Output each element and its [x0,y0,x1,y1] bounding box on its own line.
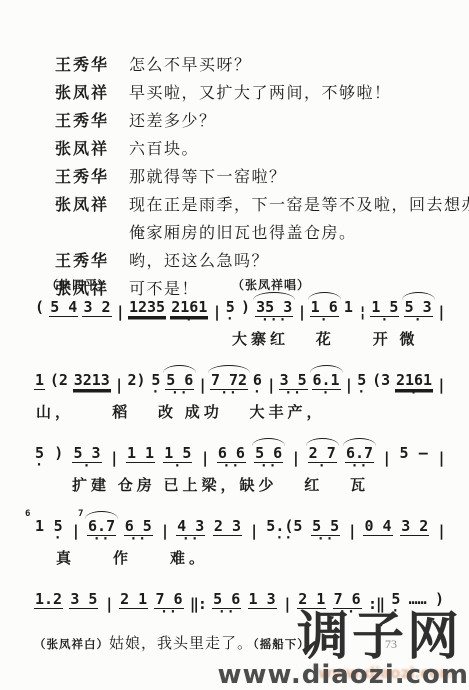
dialogue-row: 王秀华哟，还这么急吗？ [55,252,451,271]
dialogue-text: 俺家厢房的旧瓦也得盖仓房。 [129,224,357,243]
octave-dots: ·· [182,538,200,544]
note-digits: 3 2 [400,519,429,536]
music-note: ) [53,446,64,462]
octave-dots: · [83,465,92,471]
music-note: 3213 [73,373,111,390]
barline: | [437,303,445,321]
slur-arc [310,365,343,373]
score-section: （快四平） （张凤祥唱） (5 43 2|12352161·|5·)35 3··… [34,276,445,653]
note-digits: ) [240,300,251,316]
notation-lines: (5 43 2|12352161·|5·)35 3···|1 6·1¦1 5·5… [34,291,445,617]
speaker-name: 王秀华 [55,252,117,271]
music-note: — [418,446,429,462]
barline: | [283,595,291,613]
octave-dots: ·· [171,392,189,398]
music-note: 1.2 [34,592,63,609]
music-note: 0 4 [363,519,392,536]
note-digits: 2) [127,373,147,389]
barline: | [267,376,275,394]
music-note: 61 [34,519,45,535]
barline: | [348,522,356,540]
barline: | [160,522,168,540]
music-note: 1 [343,300,354,316]
dialogue-row: 王秀华那就得等下一窑啦？ [55,168,451,187]
note-digits: …… [408,592,428,608]
octave-dots: ·· [260,465,278,471]
score-line: 1(23213|2)5·5 6··|7 72··6·|3 5··6.1·|5·(… [34,364,445,422]
music-note: 3 5·· [279,373,308,398]
music-note: 2 3 [213,519,242,536]
octave-dots: · [320,319,329,325]
barline: | [115,376,123,394]
octave-dots: · [185,319,194,325]
octave-dots: ··· [261,319,287,325]
music-note: 5· [53,519,64,543]
music-note: ) [240,300,251,316]
music-note: 2161· [170,300,208,325]
music-note: 5 3· [404,300,433,325]
dialogue-row: 王秀华还差多少？ [55,112,451,131]
music-note: 5· [356,373,367,397]
dialogue-row: 王秀华怎么不早买呀？ [55,56,451,75]
octave-dots: · [414,319,423,325]
music-note: 5 6·· [212,592,241,617]
lyric-line: 大寨红 花 开 微 [34,328,445,349]
note-digits: 1 [34,519,45,535]
note-digits: (3 [371,373,391,389]
music-note: 2 1 [119,592,148,609]
note-digits: 1.2 [34,592,63,609]
barline: | [382,449,390,467]
music-note: 7 72·· [210,373,248,398]
note-digits: (2 [49,373,69,389]
barline: | [291,449,299,467]
dialogue-text: 六百块。 [129,140,199,159]
octave-dots: · [357,391,366,397]
music-note: 6 6·· [217,446,246,471]
spoken-speaker-tag: （张凤祥白） [34,639,109,651]
music-note: 5 5·· [311,519,340,544]
note-digits: ) [53,446,64,462]
slur-arc [85,511,118,519]
music-note: 7 6·· [154,592,183,617]
music-note: 1 [34,373,45,390]
barline: | [213,303,221,321]
music-note: 5.(5·· [265,519,303,543]
note-digits: 5 [398,446,409,462]
watermark-logo: 调子网 [297,611,462,663]
music-note: 6.1· [312,373,341,398]
tune-name-label: （快四平） [46,276,111,293]
notation-row: 615·|76.7··6 5··|4 3··2 3|5.(5··5 5··|0 … [34,510,445,544]
dialogue-row: 俺家厢房的旧瓦也得盖仓房。 [55,224,451,243]
octave-dots: · [322,392,331,398]
slur-arc [253,292,295,300]
speaker-name: 王秀华 [55,168,117,187]
octave-dots: ·· [223,465,241,471]
music-note: …… [408,592,428,608]
music-note: 5 3· [72,446,101,471]
score-line: 5·)5 3·|1 11 5·|6 6··5 6··|2 7·6.7··|5—|… [34,437,445,495]
score-page: 王秀华怎么不早买呀？张凤祥早买啦，又扩大了两间，不够啦！王秀华还差多少？张凤祥六… [0,0,469,690]
speaker-name: 张凤祥 [55,196,117,215]
octave-dots: ·· [351,465,369,471]
octave-dots: · [253,391,262,397]
slur-arc [343,438,376,446]
music-note: 76.7·· [87,519,116,544]
score-labels: （快四平） （张凤祥唱） [34,276,445,291]
barline: | [437,376,445,394]
slur-arc [402,292,435,300]
octave-dots: · [226,318,235,324]
music-note: (2 [49,373,69,389]
singer-label: （张凤祥唱） [232,276,310,293]
slur-arc [163,365,196,373]
music-note: 5· [150,373,161,397]
note-digits: ( [34,300,45,316]
dialogue-text: 早买啦，又扩大了两间，不够啦！ [129,84,392,103]
note-digits: 1235 [128,300,166,317]
note-digits: 1 1 [126,446,155,463]
music-note: 6· [252,373,263,397]
octave-dots: ·· [220,392,238,398]
music-note: ) [434,592,445,608]
score-line: (5 43 2|12352161·|5·)35 3···|1 6·1¦1 5·5… [34,291,445,349]
octave-dots: · [318,465,327,471]
speaker-name: 张凤祥 [55,140,117,159]
octave-dots: · [410,392,419,398]
spoken-text: 姑娘，我头里走了。 [109,636,253,652]
dialogue-section: 王秀华怎么不早买呀？张凤祥早买啦，又扩大了两间，不够啦！王秀华还差多少？张凤祥六… [55,56,451,308]
slur-arc [306,438,339,446]
music-note: 2161· [395,373,433,398]
octave-dots: ·· [276,537,294,543]
music-note: (3 [371,373,391,389]
speaker-name: 王秀华 [55,112,117,131]
music-note: 3 2 [82,300,111,317]
note-digits: 2 1 [119,592,148,609]
barline: | [437,449,445,467]
octave-dots: · [173,465,182,471]
note-digits: 5 4 [49,300,78,317]
music-note: 3 2 [400,519,429,536]
slur-arc [308,292,341,300]
dialogue-row: 张凤祥六百块。 [55,140,451,159]
music-note: 6.7·· [345,446,374,471]
music-note: 1 5· [370,300,399,325]
octave-dots: ·· [160,611,178,617]
barline: | [116,303,124,321]
note-digits: ) [434,592,445,608]
barline: | [105,595,113,613]
dialogue-text: 现在正是雨季，下一窑是等不及啦，回去想办法揭 [129,196,469,215]
lyric-line: 真 作 难。 [34,547,445,568]
octave-dots: ·· [93,538,111,544]
score-line: 615·|76.7··6 5··|4 3··2 3|5.(5··5 5··|0 … [34,510,445,568]
barline: | [71,522,79,540]
note-digits: — [418,446,429,462]
notation-row: 1(23213|2)5·5 6··|7 72··6·|3 5··6.1·|5·(… [34,364,445,398]
music-note: 5 [398,446,409,462]
music-note: 5· [225,300,236,324]
note-digits: 1 3 [248,592,277,609]
speaker-name: 张凤祥 [55,84,117,103]
music-note: 2 7· [308,446,337,471]
note-digits: 0 4 [363,519,392,536]
slur-arc [208,365,250,373]
octave-dots: · [54,537,63,543]
watermark-url: www.diaozi.com [218,661,469,690]
note-digits: 2 3 [213,519,242,536]
octave-dots: ·· [129,538,147,544]
note-digits: 3 5 [69,592,98,609]
note-digits: 1 [34,373,45,390]
lyric-line: 扩建 仓房 已上梁，缺少 红 瓦 [34,474,445,495]
music-note: 1 3 [248,592,277,609]
octave-dots: ·· [284,392,302,398]
grace-note: 7 [78,510,83,519]
music-note: 35 3··· [255,300,293,325]
slur-arc [252,438,285,446]
grace-note: 6 [25,510,30,519]
dialogue-text: 还差多少？ [129,112,217,131]
music-note: 6 5·· [124,519,153,544]
dialogue-row: 张凤祥早买啦，又扩大了两间，不够啦！ [55,84,451,103]
music-note: 5 6·· [254,446,283,471]
barline: | [198,376,206,394]
octave-dots: ·· [317,538,335,544]
notation-row: (5 43 2|12352161·|5·)35 3···|1 6·1¦1 5·5… [34,291,445,325]
barline: | [110,449,118,467]
dialogue-row: 张凤祥现在正是雨季，下一窑是等不及啦，回去想办法揭 [55,196,451,215]
music-note: ( [34,300,45,316]
lyric-line: 山， 稻 改 成功 大丰产， [34,401,445,422]
music-note: 3 5 [69,592,98,609]
speaker-name: 王秀华 [55,56,117,75]
octave-dots: ·· [218,611,236,617]
barline: | [344,376,352,394]
music-note: 5 4 [49,300,78,317]
note-digits: 1 [343,300,354,316]
octave-dots: · [151,391,160,397]
music-note: 1235 [128,300,166,317]
barline: | [201,449,209,467]
barline: ¦ [358,303,366,321]
music-note: 1 6· [310,300,339,325]
octave-dots: · [380,319,389,325]
barline: | [250,522,258,540]
music-note: 1 5· [163,446,192,471]
speaker-name [55,224,117,243]
notation-row: 5·)5 3·|1 11 5·|6 6··5 6··|2 7·6.7··|5—| [34,437,445,471]
barline: | [437,522,445,540]
music-note: 2) [127,373,147,389]
note-digits: 3213 [73,373,111,390]
music-note: 4 3·· [176,519,205,544]
music-note: 5 6·· [165,373,194,398]
dialogue-text: 哟，还这么急吗？ [129,252,269,271]
dialogue-text: 怎么不早买呀？ [129,56,252,75]
music-note: 5· [34,446,45,470]
barline: ‖: [190,595,206,613]
music-note: 1 1 [126,446,155,463]
barline: | [297,303,305,321]
note-digits: 3 2 [82,300,111,317]
octave-dots: · [35,464,44,470]
dialogue-text: 那就得等下一窑啦？ [129,168,287,187]
